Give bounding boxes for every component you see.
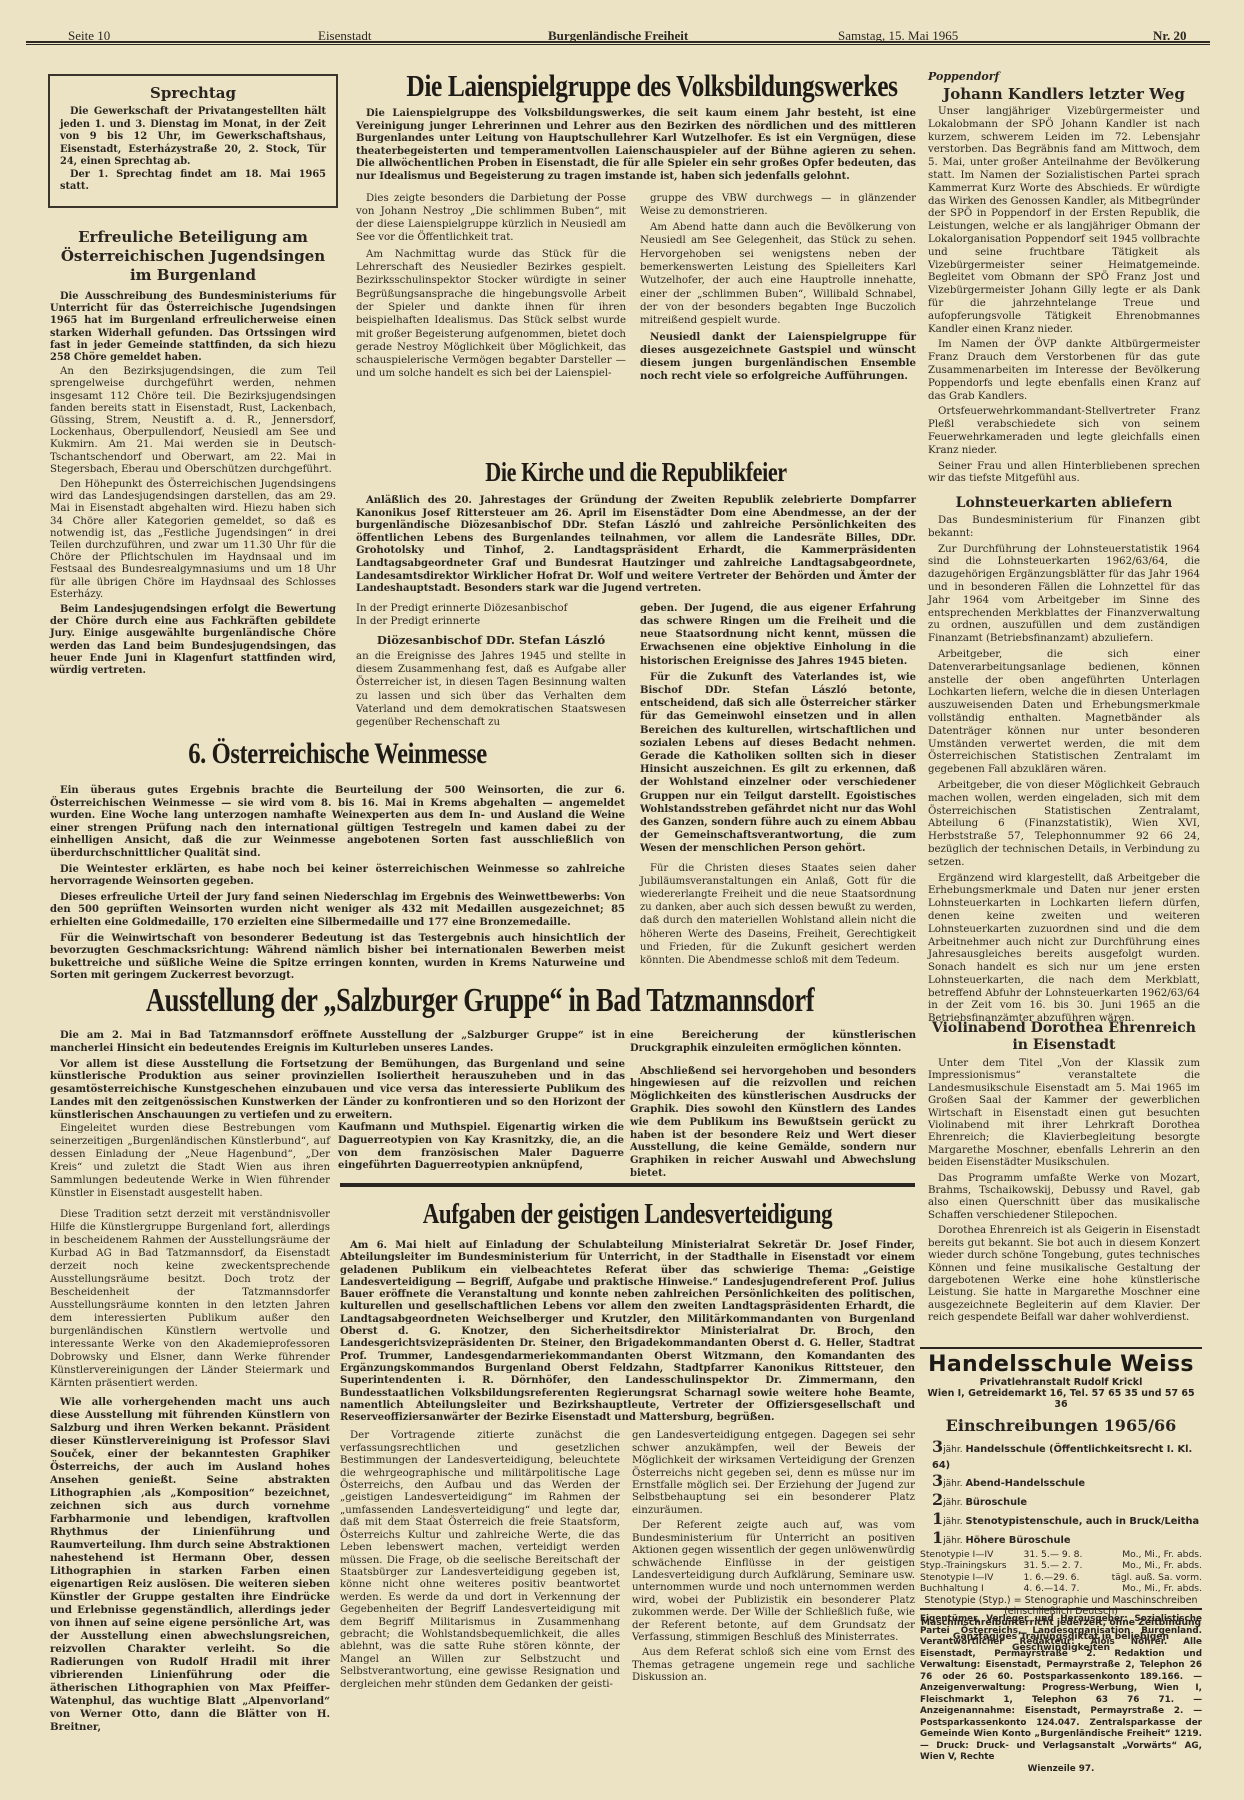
landesverteidigung-title: Aufgaben der geistigen Landesverteidigun… — [392, 1198, 864, 1232]
ad-sub2: Wien I, Getreidemarkt 16, Tel. 57 65 35 … — [920, 1388, 1202, 1410]
kirche-col1-line2: In der Predigt erinnerte — [356, 615, 626, 628]
course-years-label: jähr. — [943, 1517, 965, 1527]
article-salzburger: Ausstellung der „Salzburger Gruppe“ in B… — [44, 980, 916, 1022]
schedule-row: Stenotypie I—IV31. 5.— 9. 8.Mo., Mi., Fr… — [920, 1549, 1202, 1560]
kandler-title: Johann Kandlers letzter Weg — [928, 85, 1200, 103]
landesverteidigung-col1-text: Der Vortragende zitierte zunächst die ve… — [340, 1430, 620, 1691]
course-years-label: jähr. — [943, 1498, 965, 1508]
salzburger-col1: Eingeleitet wurden diese Bestrebungen vo… — [50, 1122, 330, 1737]
ad-title: Handelsschule Weiss — [920, 1352, 1202, 1377]
salzburger-lead1: Die am 2. Mai in Bad Tatzmannsdorf eröff… — [50, 1030, 625, 1056]
landesverteidigung-col2: gen Landesverteidigung entgegen. Dagegen… — [632, 1430, 915, 1694]
ad-course-item: 3jähr. Handelsschule (Öffentlichkeitsrec… — [920, 1439, 1202, 1473]
course-years: 1 — [932, 1528, 943, 1547]
salzburger-col1-p3: Wie alle vorhergehenden macht uns auch d… — [50, 1396, 330, 1734]
jugendsingen-body: An den Bezirksjugendsingen, die zum Teil… — [50, 366, 336, 677]
article-kandler: Poppendorf Johann Kandlers letzter Weg U… — [928, 70, 1200, 489]
imprint-last: Wienzeile 97. — [920, 1764, 1202, 1776]
violinabend-body: Unter dem Titel „Von der Klassik zum Imp… — [928, 1058, 1200, 1325]
course-years: 2 — [932, 1490, 943, 1509]
jugendsingen-p2: Den Höhepunkt des Österreichischen Jugen… — [50, 479, 336, 601]
landesverteidigung-col2-p2: Der Referent zeigte auch auf, was vom Bu… — [632, 1520, 915, 1644]
landesverteidigung-columns: Der Vortragende zitierte zunächst die ve… — [340, 1430, 915, 1694]
laienspiel-col2-p1: gruppe des VBW durchwegs — in glänzender… — [640, 192, 916, 219]
article-violinabend: Violinabend Dorothea Ehrenreich in Eisen… — [928, 1020, 1200, 1328]
sprechtag-title: Sprechtag — [60, 84, 326, 102]
kandler-p4: Seiner Frau und allen Hinterbliebenen sp… — [928, 461, 1200, 487]
schedule-dates: 4. 6.—14. 7. — [1024, 1583, 1094, 1594]
lohnsteuer-title: Lohnsteuerkarten abliefern — [928, 495, 1200, 511]
course-years: 3 — [932, 1471, 943, 1490]
ad-course-item: 1jähr. Höhere Büroschule — [920, 1530, 1202, 1549]
schedule-row: Styp.-Trainingskurs31. 5.— 2. 7.Mo., Mi.… — [920, 1560, 1202, 1571]
course-name: Büroschule — [965, 1497, 1027, 1508]
newspaper-page: Seite 10 Eisenstadt Burgenländische Frei… — [0, 0, 1244, 1800]
ad-top-rule — [920, 1347, 1202, 1349]
kirche-title: Die Kirche und die Republikfeier — [406, 455, 865, 489]
violinabend-p2: Das Programm umfaßte Werke von Mozart, B… — [928, 1173, 1200, 1223]
weinmesse-p1: Ein überaus gutes Ergebnis brachte die B… — [50, 785, 625, 861]
masthead-rule — [26, 41, 1210, 45]
landesverteidigung-col1: Der Vortragende zitierte zunächst die ve… — [340, 1430, 620, 1694]
salzburger-col1-p1: Eingeleitet wurden diese Bestrebungen vo… — [50, 1122, 330, 1200]
course-name: Höhere Büroschule — [965, 1535, 1070, 1546]
jugendsingen-p3: Beim Landesjugendsingen erfolgt die Bewe… — [50, 604, 336, 677]
laienspiel-lead-text: Die Laienspielgruppe des Volksbildungswe… — [356, 108, 916, 184]
schedule-days: Mo., Mi., Fr. abds. — [1094, 1549, 1202, 1560]
weinmesse-p3: Dieses erfreuliche Urteil der Jury fand … — [50, 892, 625, 930]
schedule-course: Styp.-Trainingskurs — [920, 1560, 1024, 1571]
jugendsingen-title: Erfreuliche Beteiligung am Österreichisc… — [50, 228, 336, 285]
kandler-p3: Ortsfeuerwehrkommandant-Stellvertreter F… — [928, 406, 1200, 457]
jugendsingen-p1: An den Bezirksjugendsingen, die zum Teil… — [50, 366, 336, 476]
kandler-p2: Im Namen der ÖVP dankte Altbürgermeister… — [928, 339, 1200, 403]
kirche-col2: geben. Der Jugend, die aus eigener Erfah… — [640, 602, 916, 970]
section-rule — [340, 1183, 915, 1187]
kirche-lead-text: Anläßlich des 20. Jahrestages der Gründu… — [356, 495, 916, 596]
course-name: Stenotypistenschule, auch in Bruck/Leith… — [965, 1516, 1199, 1527]
kandler-kicker: Poppendorf — [928, 70, 1200, 83]
ad-schedule-table: Stenotypie I—IV31. 5.— 9. 8.Mo., Mi., Fr… — [920, 1549, 1202, 1595]
article-weinmesse: 6. Österreichische Weinmesse Ein überaus… — [50, 735, 625, 986]
article-jugendsingen: Erfreuliche Beteiligung am Österreichisc… — [50, 228, 336, 680]
ad-heading: Einschreibungen 1965/66 — [920, 1416, 1202, 1435]
schedule-row: Stenotypie I—IV1. 6.—29. 6.tägl. auß. Sa… — [920, 1572, 1202, 1583]
kandler-body: Unser langjähriger Vizebürgermeister und… — [928, 106, 1200, 486]
violinabend-p3: Dorothea Ehrenreich ist als Geigerin in … — [928, 1225, 1200, 1324]
salzburger-lead: Die am 2. Mai in Bad Tatzmannsdorf eröff… — [50, 1030, 625, 1126]
landesverteidigung-col2-p1: gen Landesverteidigung entgegen. Dagegen… — [632, 1430, 915, 1517]
ad-course-list: 3jähr. Handelsschule (Öffentlichkeitsrec… — [920, 1439, 1202, 1549]
kirche-col2-p1: geben. Der Jugend, die aus eigener Erfah… — [640, 602, 916, 668]
salzburger-lead2: Vor allem ist diese Ausstellung die Fort… — [50, 1059, 625, 1123]
kirche-col2-p2: Für die Zukunft des Vaterlandes ist, wie… — [640, 671, 916, 856]
schedule-days: tägl. auß. Sa. vorm. — [1094, 1572, 1202, 1583]
schedule-course: Stenotypie I—IV — [920, 1572, 1024, 1583]
ad-sub1: Privatlehranstalt Rudolf Krickl — [920, 1377, 1202, 1388]
schedule-dates: 1. 6.—29. 6. — [1024, 1572, 1094, 1583]
weinmesse-body: Ein überaus gutes Ergebnis brachte die B… — [50, 785, 625, 983]
article-landesverteidigung: Aufgaben der geistigen Landesverteidigun… — [340, 1198, 915, 1694]
sprechtag-body: Die Gewerkschaft der Privatangestellten … — [60, 106, 326, 194]
salzburger-mid: Kaufmann und Muthspiel. Eigenartig wirke… — [338, 1122, 624, 1176]
laienspiel-col1-p2: Am Nachmittag wurde das Stück für die Le… — [356, 248, 626, 381]
sprechtag-p1: Die Gewerkschaft der Privatangestellten … — [60, 106, 326, 169]
weinmesse-title: 6. Österreichische Weinmesse — [102, 735, 574, 773]
schedule-course: Stenotypie I—IV — [920, 1549, 1024, 1560]
course-years-label: jähr. — [943, 1445, 965, 1455]
kirche-col1-text: an die Ereignisse des Jahres 1945 und st… — [356, 650, 626, 730]
salzburger-mid-p: Kaufmann und Muthspiel. Eigenartig wirke… — [338, 1122, 624, 1173]
sprechtag-box: Sprechtag Die Gewerkschaft der Privatang… — [48, 74, 338, 208]
ad-course-item: 1jähr. Stenotypistenschule, auch in Bruc… — [920, 1511, 1202, 1530]
salzburger-right: eine Bereicherung der künstlerischen Dru… — [630, 1030, 916, 1184]
laienspiel-lead: Die Laienspielgruppe des Volksbildungswe… — [356, 108, 916, 184]
schedule-course: Buchhaltung I — [920, 1583, 1024, 1594]
imprint: Eigentümer, Verleger und Herausgeber: So… — [920, 1614, 1202, 1775]
jugendsingen-lead-text: Die Ausschreibung des Bundesministeriums… — [50, 291, 336, 364]
lohnsteuer-body: Das Bundesministerium für Finanzen gibt … — [928, 515, 1200, 1026]
ad-course-item: 3jähr. Abend-Handelsschule — [920, 1473, 1202, 1492]
lohnsteuer-p1: Das Bundesministerium für Finanzen gibt … — [928, 515, 1200, 541]
course-name: Abend-Handelsschule — [965, 1478, 1085, 1489]
kirche-col1-line1: In der Predigt erinnerte Diözesanbischof — [356, 602, 626, 615]
landesverteidigung-col2-p3: Aus dem Referat schloß sich eine vom Ern… — [632, 1647, 915, 1684]
lohnsteuer-p4: Arbeitgeber, die von dieser Möglichkeit … — [928, 780, 1200, 870]
laienspiel-columns: Dies zeigte besonders die Darbietung der… — [356, 192, 916, 387]
kandler-p1: Unser langjähriger Vizebürgermeister und… — [928, 106, 1200, 336]
landesverteidigung-lead-text: Am 6. Mai hielt auf Einladung der Schula… — [340, 1240, 915, 1424]
laienspiel-col1-p1: Dies zeigte besonders die Darbietung der… — [356, 192, 626, 245]
laienspiel-col2: gruppe des VBW durchwegs — in glänzender… — [640, 192, 916, 387]
kirche-lead: Anläßlich des 20. Jahrestages der Gründu… — [356, 495, 916, 596]
laienspiel-title: Die Laienspielgruppe des Volksbildungswe… — [406, 68, 865, 104]
lohnsteuer-p5: Ergänzend wird klargestellt, daß Arbeitg… — [928, 873, 1200, 1027]
salzburger-col1-p2: Diese Tradition setzt derzeit mit verstä… — [50, 1208, 330, 1390]
violinabend-title: Violinabend Dorothea Ehrenreich in Eisen… — [928, 1020, 1200, 1054]
ad-course-item: 2jähr. Büroschule — [920, 1492, 1202, 1511]
ad-bottom-rule — [920, 1608, 1202, 1610]
violinabend-p1: Unter dem Titel „Von der Klassik zum Imp… — [928, 1058, 1200, 1170]
salzburger-right-p2: Abschließend sei hervorgehoben und beson… — [630, 1066, 916, 1181]
schedule-dates: 31. 5.— 9. 8. — [1024, 1549, 1094, 1560]
imprint-text: Eigentümer, Verleger und Herausgeber: So… — [920, 1614, 1202, 1764]
course-years: 1 — [932, 1509, 943, 1528]
kirche-col2-p3: Für die Christen dieses Staates seien da… — [640, 862, 916, 968]
weinmesse-p2: Die Weintester erklärten, es habe noch b… — [50, 864, 625, 889]
course-years-label: jähr. — [943, 1536, 965, 1546]
schedule-row: Buchhaltung I4. 6.—14. 7.Mo., Mi., Fr. a… — [920, 1583, 1202, 1594]
lohnsteuer-p2: Zur Durchführung der Lohnsteuerstatistik… — [928, 544, 1200, 646]
lohnsteuer-p3: Arbeitgeber, die sich einer Datenverarbe… — [928, 649, 1200, 777]
course-years-label: jähr. — [943, 1479, 965, 1489]
article-laienspiel: Die Laienspielgruppe des Volksbildungswe… — [356, 68, 916, 387]
sprechtag-p2: Der 1. Sprechtag findet am 18. Mai 1965 … — [60, 169, 326, 194]
laienspiel-col2-p2: Am Abend hatte dann auch die Bevölkerung… — [640, 221, 916, 327]
salzburger-title: Ausstellung der „Salzburger Gruppe“ in B… — [140, 980, 820, 1022]
schedule-dates: 31. 5.— 2. 7. — [1024, 1560, 1094, 1571]
weinmesse-p4: Für die Weinwirtschaft von besonderer Be… — [50, 933, 625, 983]
landesverteidigung-lead: Am 6. Mai hielt auf Einladung der Schula… — [340, 1240, 915, 1424]
course-name: Handelsschule (Öffentlichkeitsrecht I. K… — [932, 1444, 1192, 1471]
jugendsingen-lead: Die Ausschreibung des Bundesministeriums… — [50, 291, 336, 364]
salzburger-right-p1: eine Bereicherung der künstlerischen Dru… — [630, 1030, 916, 1056]
article-lohnsteuer: Lohnsteuerkarten abliefern Das Bundesmin… — [928, 495, 1200, 1029]
course-years: 3 — [932, 1437, 943, 1456]
schedule-days: Mo., Mi., Fr. abds. — [1094, 1583, 1202, 1594]
laienspiel-col2-p3: Neusiedl dankt der Laienspielgruppe für … — [640, 331, 916, 384]
kirche-subhead: Diözesanbischof DDr. Stefan László — [356, 634, 626, 647]
schedule-days: Mo., Mi., Fr. abds. — [1094, 1560, 1202, 1571]
laienspiel-col1: Dies zeigte besonders die Darbietung der… — [356, 192, 626, 387]
